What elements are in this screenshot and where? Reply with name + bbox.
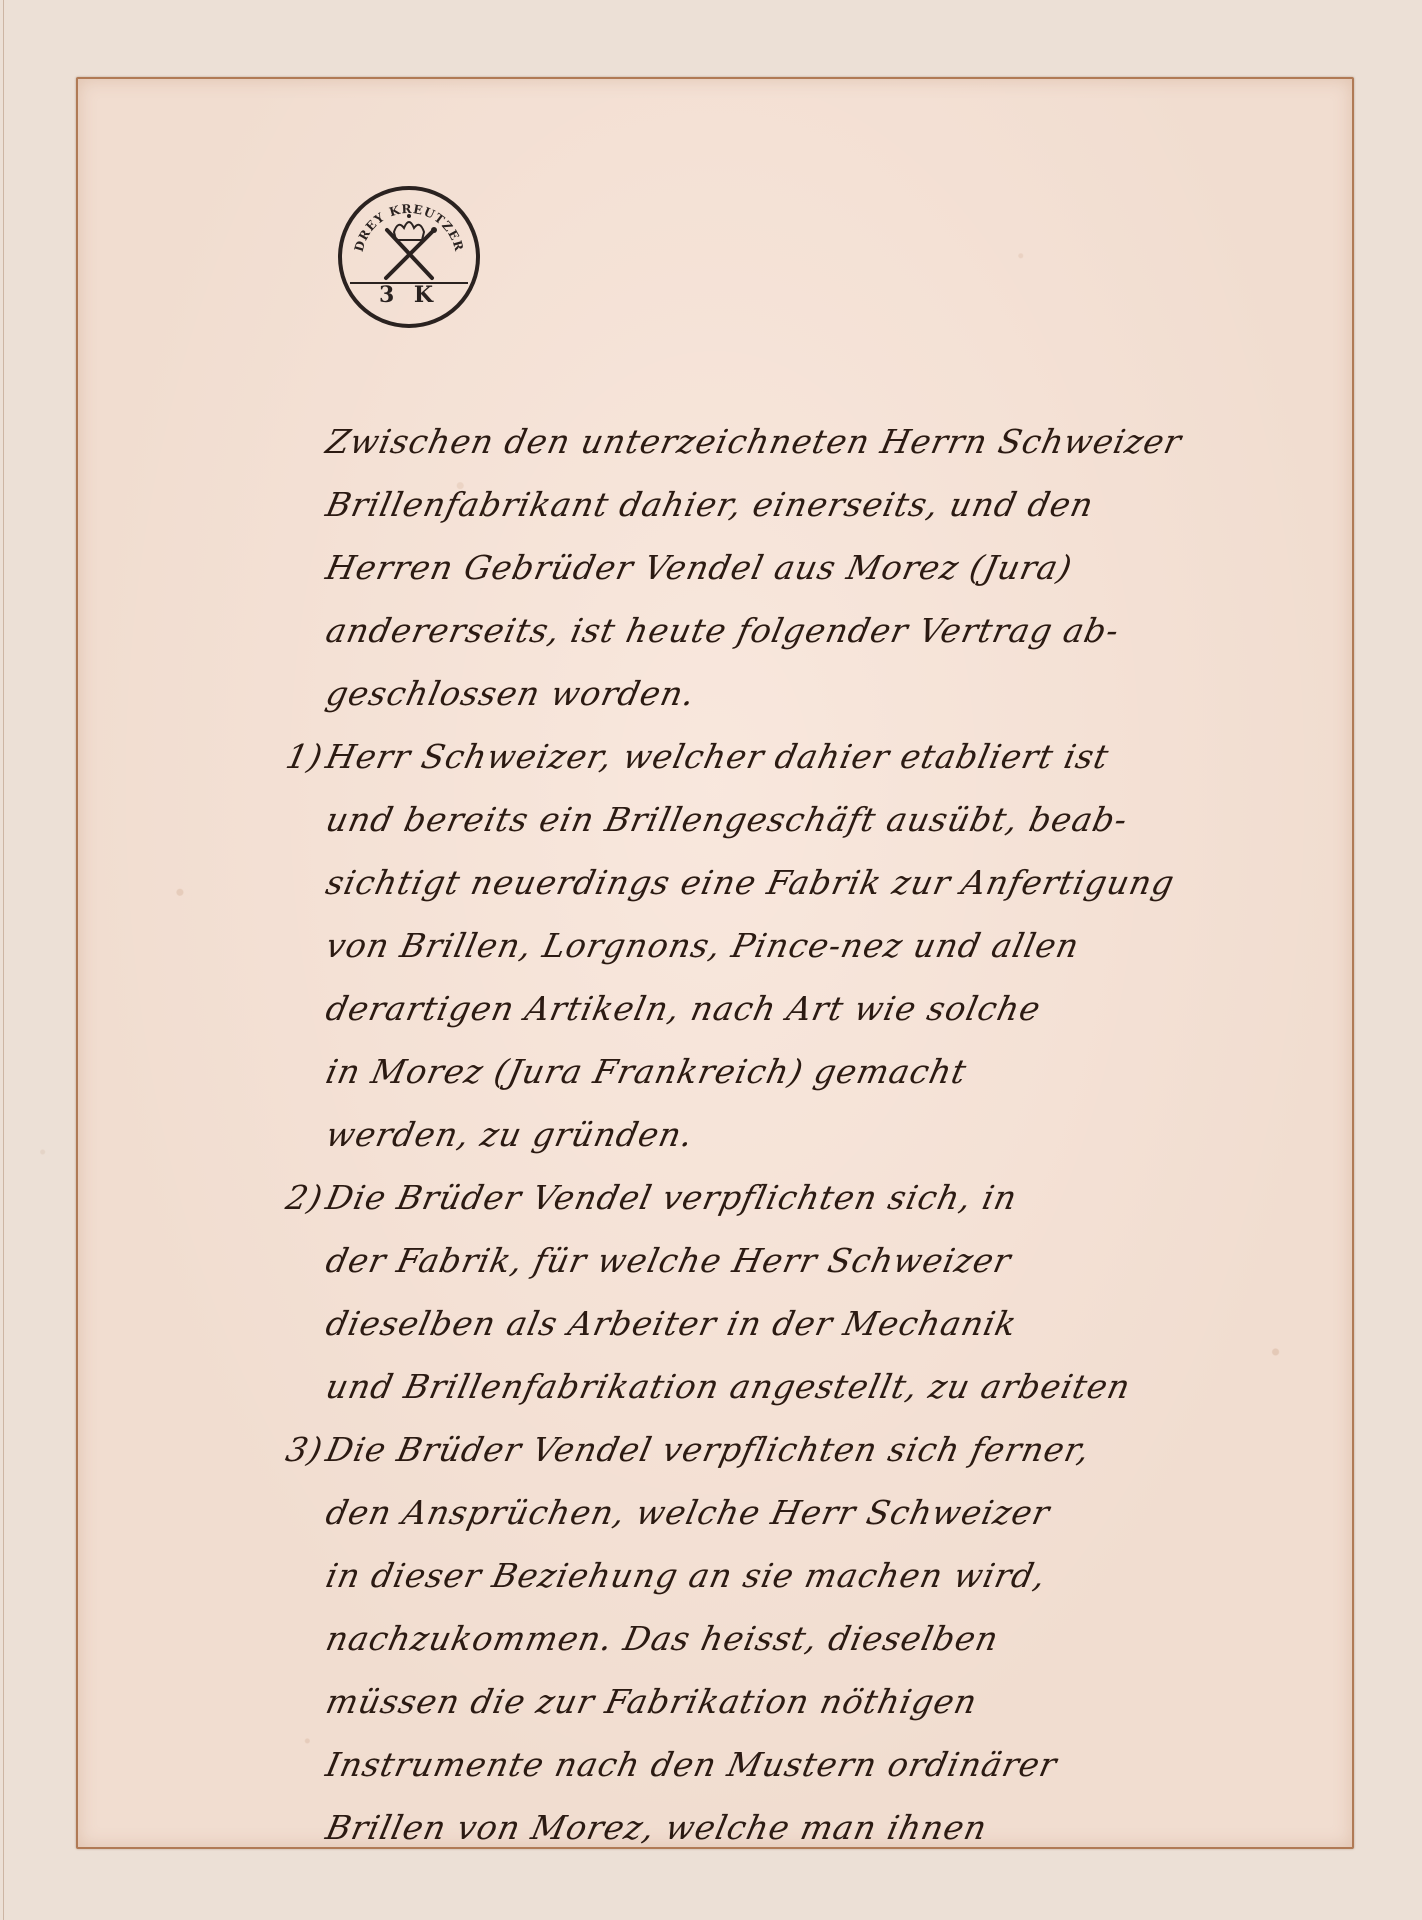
text-line: und bereits ein Brillengeschäft ausübt, … xyxy=(280,788,1233,851)
stamp-inscription: DREY KREUTZER xyxy=(352,202,467,253)
mount-edge-line xyxy=(3,0,4,1920)
svg-text:DREY KREUTZER: DREY KREUTZER xyxy=(352,202,467,253)
text-line: Brillen von Morez, welche man ihnen xyxy=(280,1796,1233,1859)
handwritten-body: Zwischen den unterzeichneten Herrn Schwe… xyxy=(280,410,1220,1859)
text-line: geschlossen worden. xyxy=(280,662,1233,725)
text-line: der Fabrik, für welche Herr Schweizer xyxy=(280,1229,1233,1292)
tax-stamp: DREY KREUTZER 3 K xyxy=(338,186,480,328)
text-line: in dieser Beziehung an sie machen wird, xyxy=(280,1544,1233,1607)
text-line: Zwischen den unterzeichneten Herrn Schwe… xyxy=(280,410,1233,473)
text-line: dieselben als Arbeiter in der Mechanik xyxy=(280,1292,1233,1355)
text-line: Brillenfabrikant dahier, einerseits, und… xyxy=(280,473,1233,536)
text-line: Herren Gebrüder Vendel aus Morez (Jura) xyxy=(280,536,1233,599)
text-line: in Morez (Jura Frankreich) gemacht xyxy=(280,1040,1233,1103)
text-line: und Brillenfabrikation angestellt, zu ar… xyxy=(280,1355,1233,1418)
text-line: andererseits, ist heute folgender Vertra… xyxy=(280,599,1233,662)
clause-3-line: 3)Die Brüder Vendel verpflichten sich fe… xyxy=(280,1418,1233,1481)
text-line: Instrumente nach den Mustern ordinärer xyxy=(280,1733,1233,1796)
text-line: werden, zu gründen. xyxy=(280,1103,1233,1166)
text-line: den Ansprüchen, welche Herr Schweizer xyxy=(280,1481,1233,1544)
text-line: derartigen Artikeln, nach Art wie solche xyxy=(280,977,1233,1040)
clause-2-line: 2)Die Brüder Vendel verpflichten sich, i… xyxy=(280,1166,1233,1229)
text-line: müssen die zur Fabrikation nöthigen xyxy=(280,1670,1233,1733)
clause-1-line: 1)Herr Schweizer, welcher dahier etablie… xyxy=(280,725,1233,788)
text-line: sichtigt neuerdings eine Fabrik zur Anfe… xyxy=(280,851,1233,914)
text-line: von Brillen, Lorgnons, Pince-nez und all… xyxy=(280,914,1233,977)
text-line: nachzukommen. Das heisst, dieselben xyxy=(280,1607,1233,1670)
stamp-value: 3 K xyxy=(342,282,476,308)
